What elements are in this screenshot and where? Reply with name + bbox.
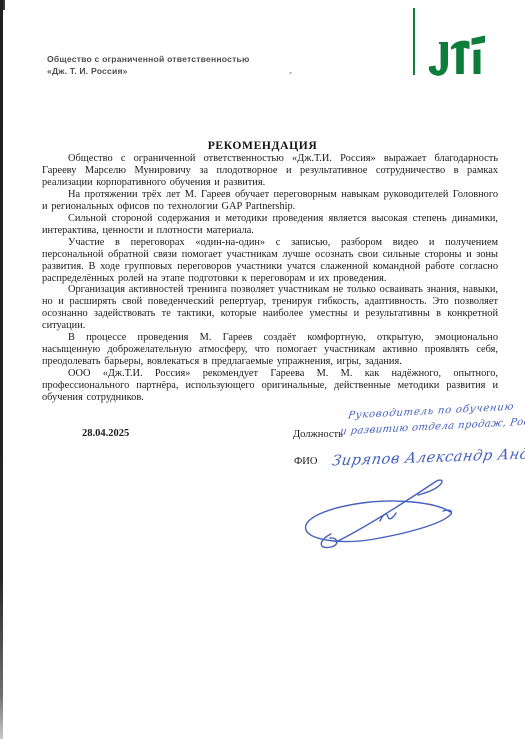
scan-corner-mark [3,0,5,10]
jti-logo [410,8,490,78]
logo-divider-line [413,8,415,75]
paragraph: Сильной стороной содержания и методики п… [42,213,498,237]
paragraph: Организация активностей тренинга позволя… [42,284,498,332]
scan-edge-shadow [0,0,3,739]
letter-title: РЕКОМЕНДАЦИЯ [0,139,525,152]
position-label: Должность [293,429,343,440]
scanned-recommendation-letter: Общество с ограниченной ответственностью… [0,0,525,739]
paragraph: Участие в переговорах «один-на-один» с з… [42,237,498,285]
paragraph: На протяжении трёх лет М. Гареев обучает… [42,189,498,213]
letter-body: Общество с ограниченной ответственностью… [42,153,498,404]
company-name-line1: Общество с ограниченной ответственностью [47,54,250,66]
paragraph: Общество с ограниченной ответственностью… [42,153,498,189]
scan-smudge [289,72,292,74]
company-name-line2: «Дж. Т. И. Россия» [47,66,250,78]
paragraph: В процессе проведения М. Гареев создаёт … [42,332,498,368]
company-name: Общество с ограниченной ответственностью… [47,54,250,77]
letter-date: 28.04.2025 [82,428,129,439]
handwritten-name: Зиряпов Александр Андреевич [331,445,525,470]
name-label: ФИО [294,456,317,467]
paragraph: ООО «Дж.Т.И. Россия» рекомендует Гареева… [42,368,498,404]
jti-logo-icon [426,32,488,78]
signature-flourish-icon [298,472,473,560]
